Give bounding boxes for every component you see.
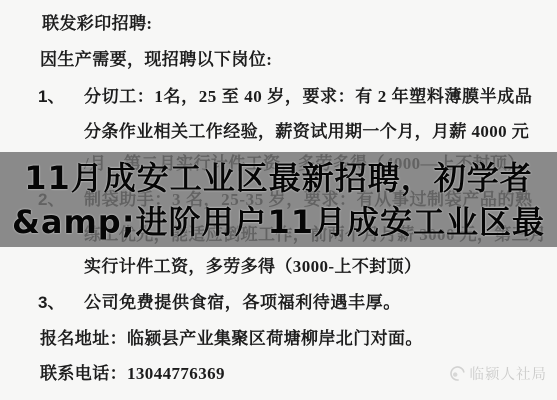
doc-line-item1-cont: 分条作业相关工作经验，薪资试用期一个月，月薪 4000 元 (84, 117, 529, 142)
list-number: 1、 (38, 82, 84, 107)
doc-line-item1: 1、分切工：1名，25 至 40 岁，要求：有 2 年塑料薄膜半成品 (38, 82, 532, 107)
doc-line-phone: 联系电话：13044776369 (40, 359, 225, 384)
caption-title-line2: &amp;进阶用户11月成安工业区最 (12, 200, 545, 244)
seal-logo-icon (449, 365, 466, 382)
doc-line-intro: 因生产需要，现招聘以下岗位: (40, 45, 272, 70)
watermark: 临颍人社局 (449, 363, 548, 384)
watermark-label: 临颍人社局 (470, 363, 548, 384)
list-number: 3、 (38, 288, 84, 313)
doc-line-text: 分切工：1名，25 至 40 岁，要求：有 2 年塑料薄膜半成品 (84, 87, 532, 106)
doc-line-item3: 3、公司免费提供食宿，各项福利待遇丰厚。 (38, 288, 401, 313)
caption-title: 11月成安工业区最新招聘，初学者 &amp;进阶用户11月成安工业区最 (0, 153, 557, 247)
caption-title-line1: 11月成安工业区最新招聘，初学者 (24, 156, 533, 200)
doc-line-address: 报名地址：临颍县产业集聚区荷塘柳岸北门对面。 (40, 324, 423, 349)
scanned-job-notice: 联发彩印招聘: 因生产需要，现招聘以下岗位: 1、分切工：1名，25 至 40 … (0, 0, 557, 400)
doc-line-company-title: 联发彩印招聘: (42, 9, 152, 34)
doc-line-item2-cont2: 实行计件工资，多劳多得（3000-上不封顶） (84, 252, 421, 277)
doc-line-text: 公司免费提供食宿，各项福利待遇丰厚。 (84, 293, 401, 312)
